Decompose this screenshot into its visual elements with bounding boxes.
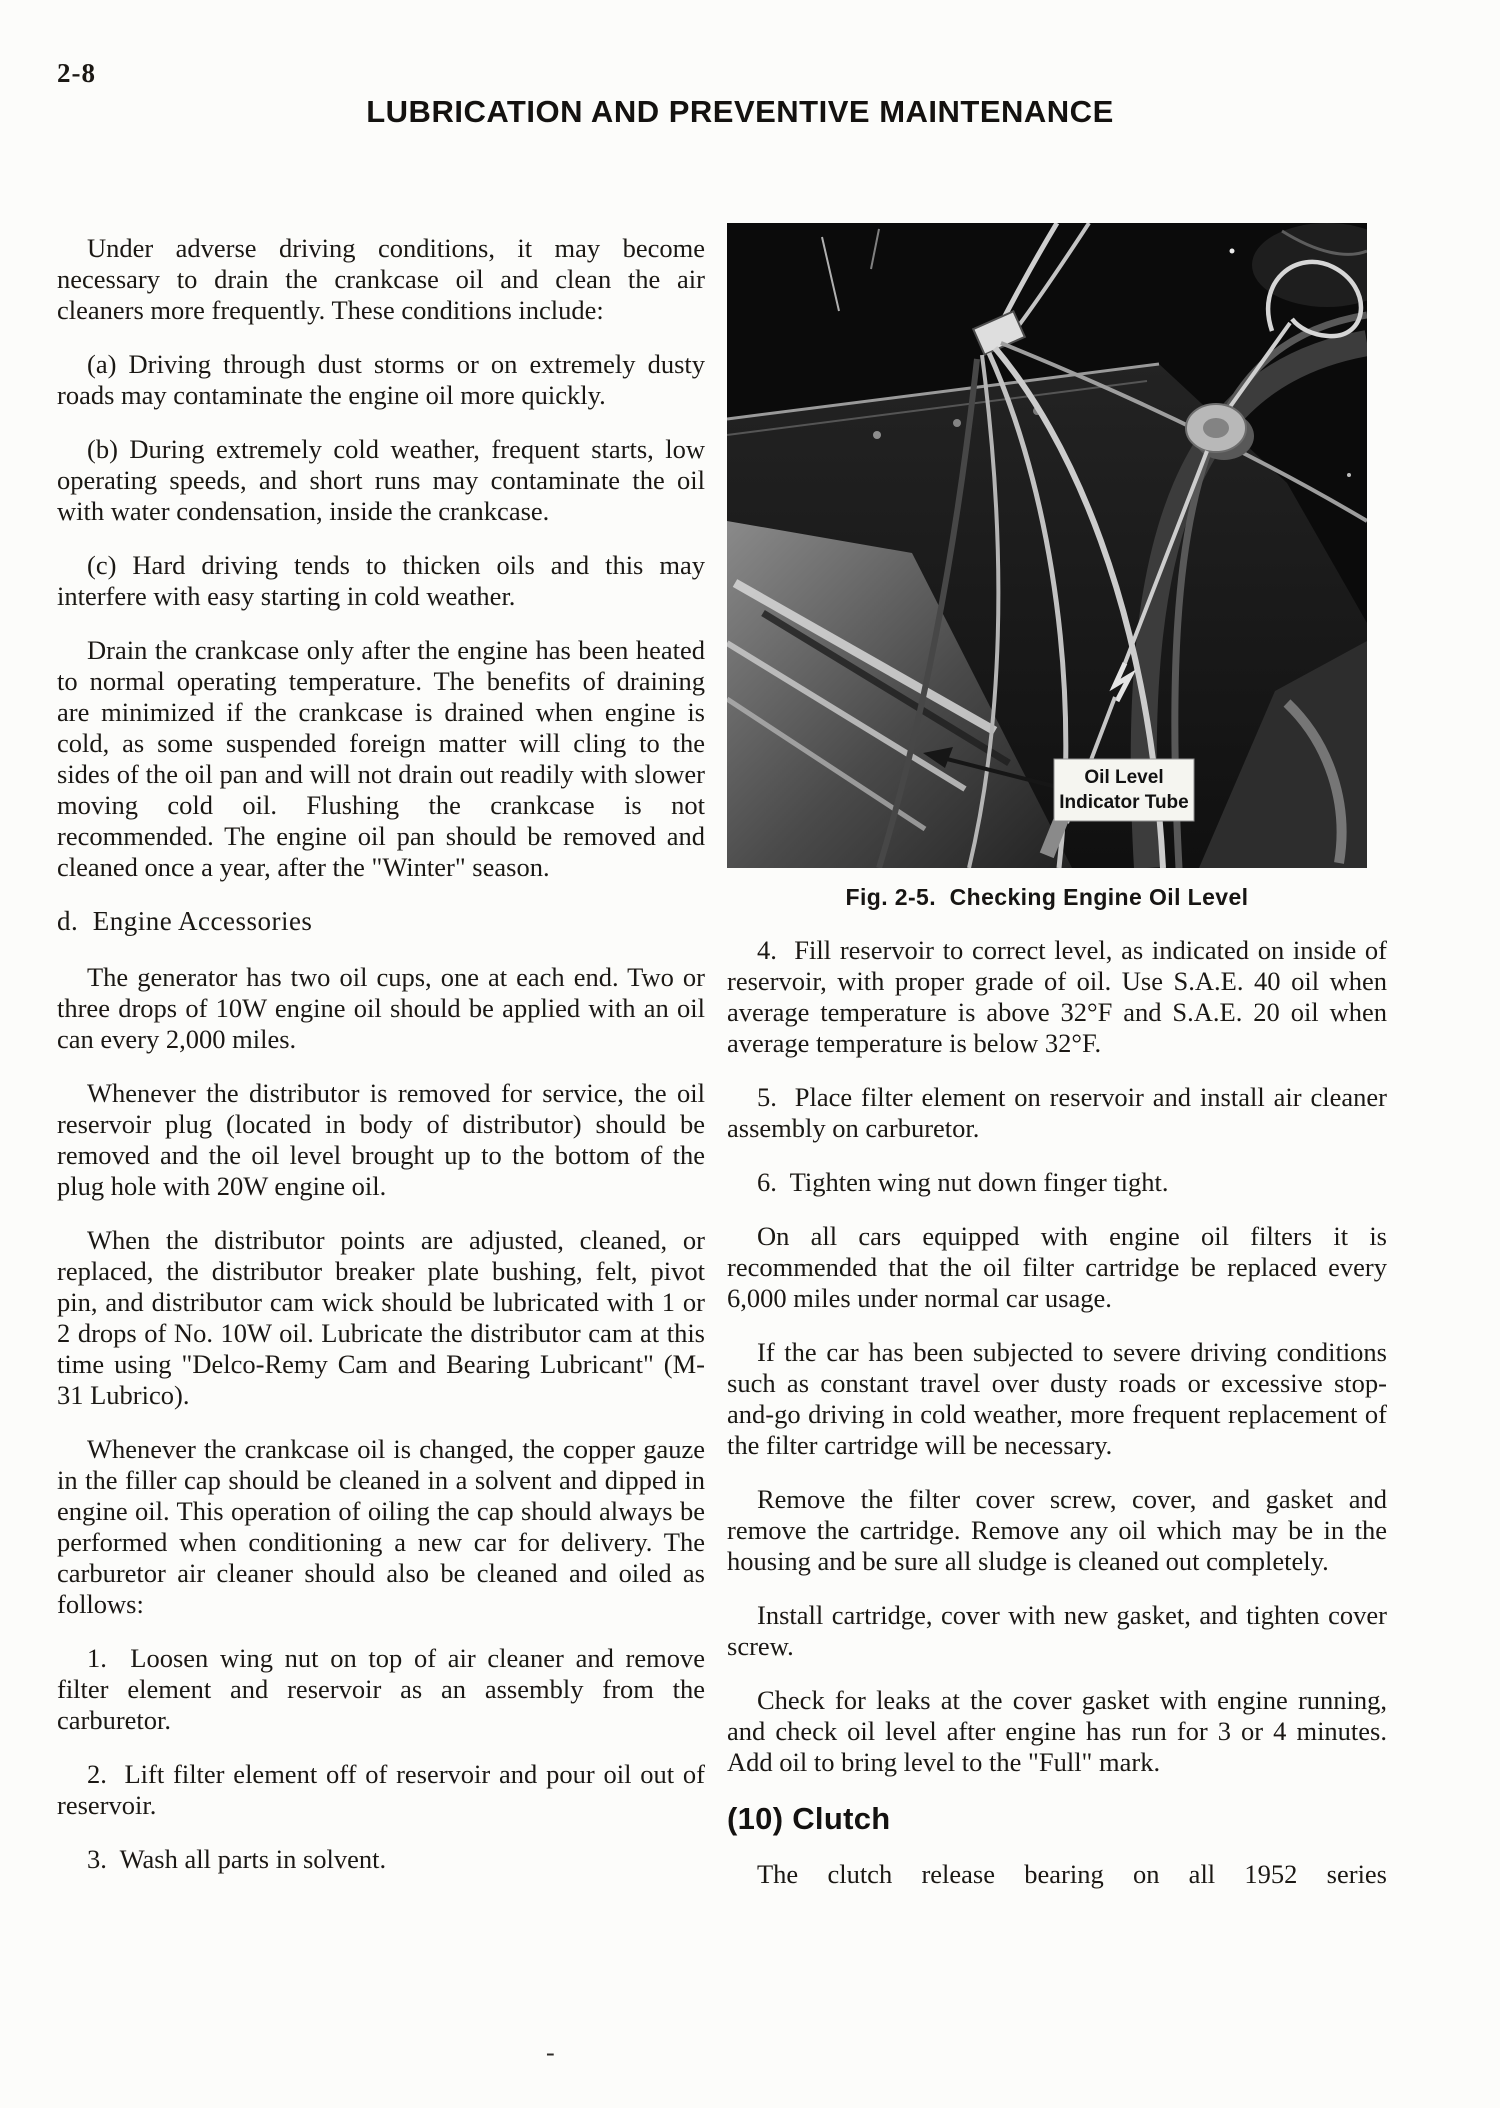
paragraph-install-cartridge: Install cartridge, cover with new gasket…: [727, 1600, 1387, 1662]
speck: [1230, 249, 1235, 254]
paragraph-oil-filters: On all cars equipped with engine oil fil…: [727, 1221, 1387, 1314]
paragraph-distributor: Whenever the distributor is removed for …: [57, 1078, 705, 1202]
paragraph-condition-c: (c) Hard driving tends to thicken oils a…: [57, 550, 705, 612]
page-title: LUBRICATION AND PREVENTIVE MAINTENANCE: [0, 94, 1480, 130]
paragraph-distributor-points: When the distributor points are adjusted…: [57, 1225, 705, 1411]
step-item-2: 2. Lift filter element off of reservoir …: [57, 1759, 705, 1821]
figure-caption: Fig. 2-5. Checking Engine Oil Level: [727, 884, 1367, 911]
paragraph-generator: The generator has two oil cups, one at e…: [57, 962, 705, 1055]
paragraph-check-leaks: Check for leaks at the cover gasket with…: [727, 1685, 1387, 1778]
oil-level-label-line2: Indicator Tube: [1059, 792, 1188, 813]
right-column: Oil Level Indicator Tube Fig. 2-5. Check…: [727, 223, 1387, 1913]
engine-photo-illustration: Oil Level Indicator Tube: [727, 223, 1367, 868]
paragraph-severe-conditions: If the car has been subjected to severe …: [727, 1337, 1387, 1461]
page-number: 2-8: [57, 58, 96, 89]
step-item-4: 4. Fill reservoir to correct level, as i…: [727, 935, 1387, 1059]
step-item-3: 3. Wash all parts in solvent.: [57, 1844, 705, 1875]
step-item-6: 6. Tighten wing nut down finger tight.: [727, 1167, 1387, 1198]
section-heading-engine-accessories: d. Engine Accessories: [57, 906, 705, 937]
paragraph-filler-cap-gauze: Whenever the crankcase oil is changed, t…: [57, 1434, 705, 1620]
paragraph-clutch: The clutch release bearing on all 1952 s…: [727, 1859, 1387, 1890]
speck: [1347, 473, 1351, 477]
figure-photo-engine-oil-check: Oil Level Indicator Tube: [727, 223, 1367, 868]
paragraph-remove-cartridge: Remove the filter cover screw, cover, an…: [727, 1484, 1387, 1577]
bolt-stud: [873, 431, 881, 439]
bolt-stud: [953, 419, 961, 427]
step-item-1: 1. Loosen wing nut on top of air cleaner…: [57, 1643, 705, 1736]
step-item-5: 5. Place filter element on reservoir and…: [727, 1082, 1387, 1144]
paragraph-condition-a: (a) Driving through dust storms or on ex…: [57, 349, 705, 411]
paragraph-intro: Under adverse driving conditions, it may…: [57, 233, 705, 326]
oil-level-label-line1: Oil Level: [1084, 767, 1163, 788]
paragraph-drain-crankcase: Drain the crankcase only after the engin…: [57, 635, 705, 883]
page-bottom-mark: -: [546, 2038, 555, 2068]
section-heading-clutch: (10) Clutch: [727, 1801, 1387, 1837]
paragraph-condition-b: (b) During extremely cold weather, frequ…: [57, 434, 705, 527]
left-column: Under adverse driving conditions, it may…: [57, 233, 705, 1898]
dipstick-cap-center: [1203, 418, 1229, 438]
